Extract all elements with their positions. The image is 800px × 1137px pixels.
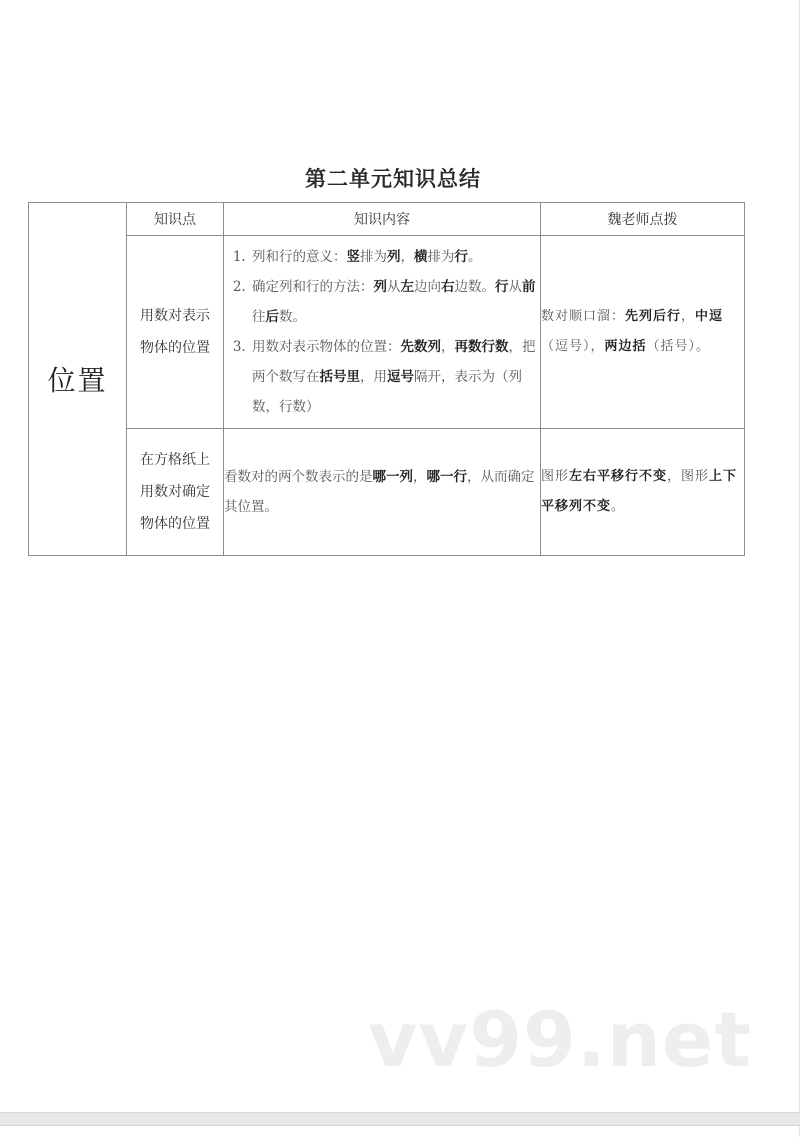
emphasis-text: 竖 (347, 249, 361, 265)
point-line: 物体的位置 (127, 508, 223, 540)
text-segment: 数。 (279, 309, 306, 325)
text-segment: 从 (387, 279, 401, 295)
text-segment: ， (401, 249, 415, 265)
text-segment: ，图形 (667, 469, 709, 484)
emphasis-text: 两边括 (605, 339, 647, 354)
header-teacher-tips: 魏老师点拨 (541, 203, 745, 236)
emphasis-text: 逗号 (387, 369, 414, 385)
teacher-tip-cell: 数对顺口溜：先列后行，中逗（逗号），两边括（括号）。 (541, 236, 745, 429)
emphasis-text: 行 (495, 279, 509, 295)
text-segment: 图形 (541, 469, 569, 484)
text-segment: 用数对表示物体的位置： (252, 339, 401, 355)
teacher-tip-cell: 图形左右平移行不变，图形上下平移列不变。 (541, 429, 745, 556)
list-item: 用数对表示物体的位置：先数列，再数行数，把两个数写在括号里，用逗号隔开，表示为（… (250, 332, 540, 422)
point-line: 在方格纸上 (127, 444, 223, 476)
emphasis-text: 左 (401, 279, 415, 295)
emphasis-text: 横 (414, 249, 428, 265)
emphasis-text: 先数列 (401, 339, 442, 355)
emphasis-text: 列 (374, 279, 388, 295)
text-segment: 排为 (428, 249, 455, 265)
text-segment: 从 (509, 279, 523, 295)
content-list: 列和行的意义：竖排为列，横排为行。 确定列和行的方法：列从左边向右边数。行从前往… (224, 242, 540, 422)
header-knowledge-content: 知识内容 (224, 203, 541, 236)
text-segment: 排为 (360, 249, 387, 265)
emphasis-text: 中逗 (695, 309, 723, 324)
list-item: 列和行的意义：竖排为列，横排为行。 (250, 242, 540, 272)
text-segment: 列和行的意义： (252, 249, 347, 265)
text-segment: 边向 (414, 279, 441, 295)
text-segment: 确定列和行的方法： (252, 279, 374, 295)
header-row: 位置 知识点 知识内容 魏老师点拨 (29, 203, 745, 236)
header-knowledge-point: 知识点 (127, 203, 224, 236)
text-segment: 。 (468, 249, 482, 265)
text-segment: （括号）。 (647, 339, 711, 354)
horizontal-scrollbar[interactable] (0, 1112, 800, 1126)
text-segment: 。 (611, 499, 625, 514)
text-segment: ， (681, 309, 695, 324)
emphasis-text: 哪一行 (427, 469, 468, 485)
emphasis-text: 左右平移行不变 (569, 469, 667, 484)
watermark: vv99.net (368, 995, 752, 1084)
list-item: 确定列和行的方法：列从左边向右边数。行从前往后数。 (250, 272, 540, 332)
table-row: 在方格纸上 用数对确定 物体的位置 看数对的两个数表示的是哪一列，哪一行，从而确… (29, 429, 745, 556)
emphasis-text: 再数行数 (455, 339, 509, 355)
table-row: 用数对表示 物体的位置 列和行的意义：竖排为列，横排为行。 确定列和行的方法：列… (29, 236, 745, 429)
text-segment: ， (413, 469, 427, 485)
text-segment: ， (441, 339, 455, 355)
text-segment: （逗号）， (541, 339, 605, 354)
topic-cell: 位置 (29, 203, 127, 556)
knowledge-point-cell: 用数对表示 物体的位置 (127, 236, 224, 429)
emphasis-text: 行 (455, 249, 469, 265)
text-segment: 边数。 (455, 279, 496, 295)
knowledge-content-cell: 列和行的意义：竖排为列，横排为行。 确定列和行的方法：列从左边向右边数。行从前往… (224, 236, 541, 429)
knowledge-point-cell: 在方格纸上 用数对确定 物体的位置 (127, 429, 224, 556)
emphasis-text: 先列后行 (625, 309, 681, 324)
text-segment: 看数对的两个数表示的是 (224, 469, 373, 485)
point-line: 物体的位置 (127, 332, 223, 364)
emphasis-text: 后 (266, 309, 280, 325)
page-title: 第二单元知识总结 (0, 163, 786, 193)
emphasis-text: 前 (522, 279, 536, 295)
knowledge-content-cell: 看数对的两个数表示的是哪一列，哪一行，从而确定其位置。 (224, 429, 541, 556)
text-segment: 数对顺口溜： (541, 309, 625, 324)
emphasis-text: 右 (441, 279, 455, 295)
text-segment: ，用 (360, 369, 387, 385)
point-line: 用数对确定 (127, 476, 223, 508)
point-line: 用数对表示 (127, 300, 223, 332)
text-segment: 往 (252, 309, 266, 325)
emphasis-text: 哪一列 (373, 469, 414, 485)
knowledge-summary-table: 位置 知识点 知识内容 魏老师点拨 用数对表示 物体的位置 列和行的意义：竖排为… (28, 202, 745, 556)
emphasis-text: 列 (387, 249, 401, 265)
emphasis-text: 括号里 (320, 369, 361, 385)
